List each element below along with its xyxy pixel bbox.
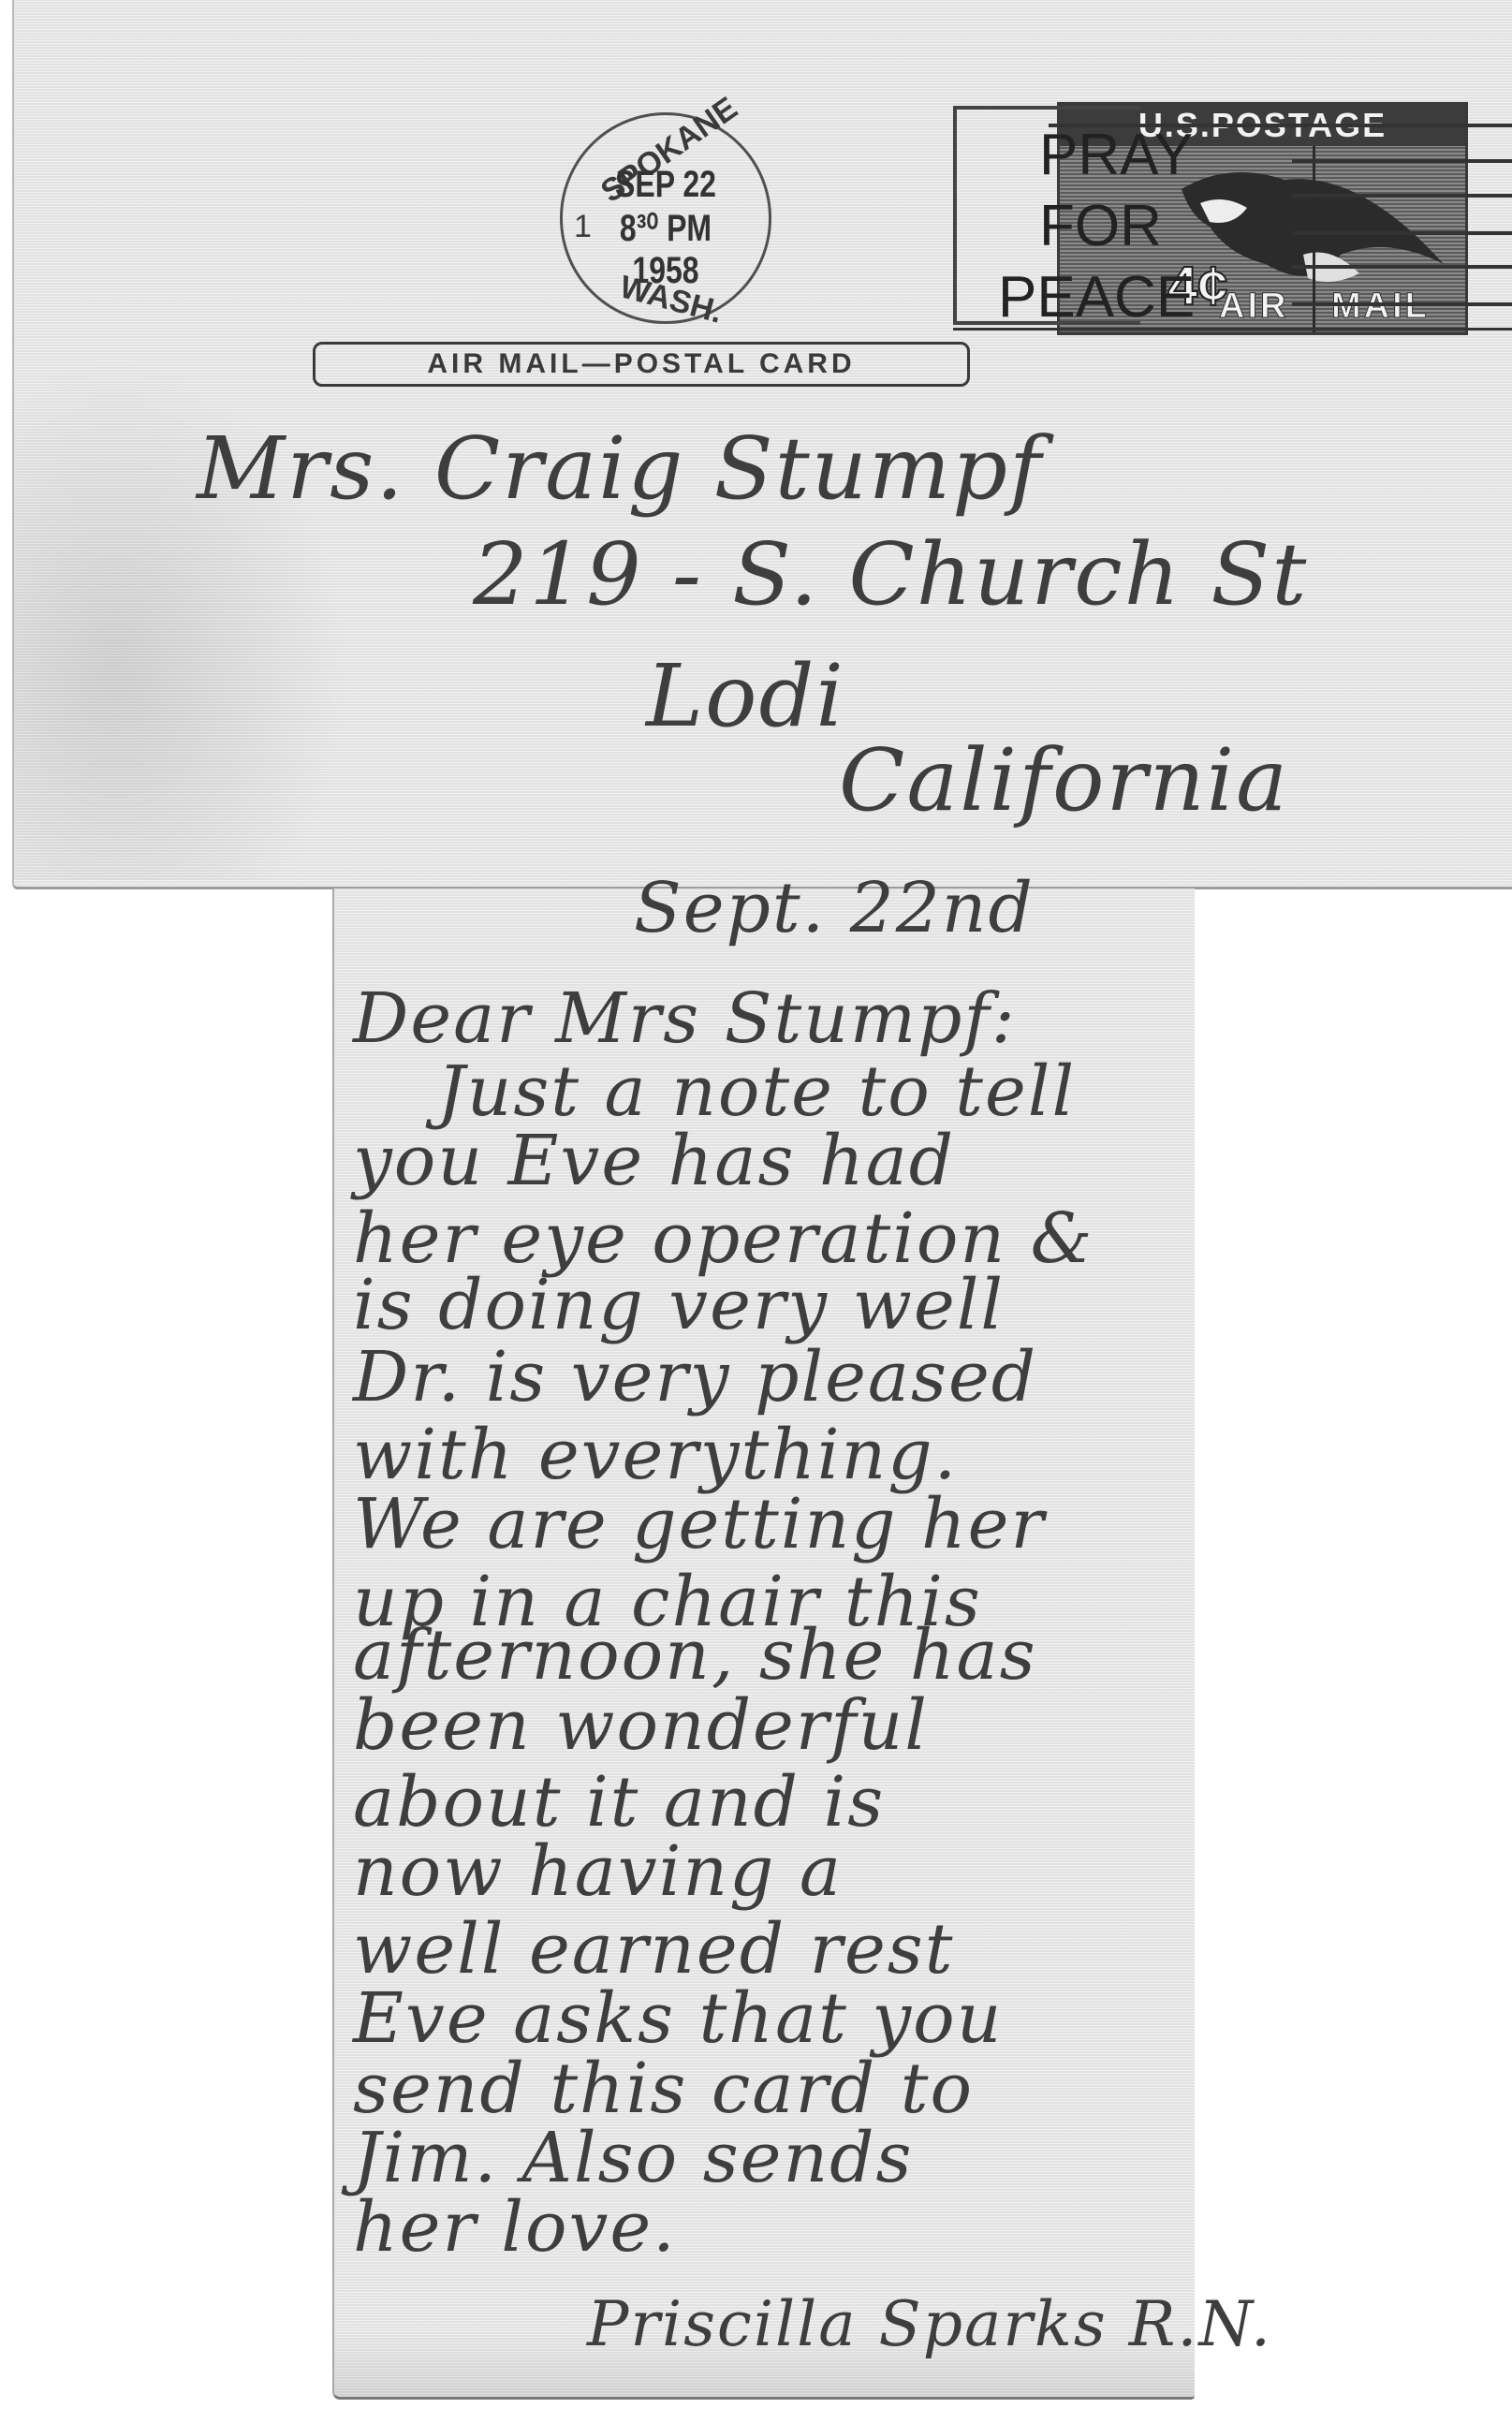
- postmark-date: SEP 22: [583, 164, 748, 206]
- cancel-word: FOR: [1039, 191, 1195, 262]
- letter-line: send this card to: [353, 2054, 974, 2123]
- cancel-word: PEACE: [998, 262, 1195, 333]
- letter-date: Sept. 22nd: [634, 874, 1035, 943]
- cancel-line: [1292, 302, 1512, 306]
- card-type-label: AIR MAIL—POSTAL CARD: [313, 342, 970, 387]
- postmark-time: 8³⁰ PM: [583, 207, 748, 250]
- address-street: 219 - S. Church St: [473, 532, 1308, 618]
- stamp-divider: [1313, 146, 1315, 335]
- cancel-line: [1292, 159, 1512, 163]
- address-city: Lodi: [646, 653, 845, 740]
- letter-signature: Priscilla Sparks R.N.: [587, 2294, 1272, 2356]
- letter-line: about it and is: [353, 1768, 885, 1837]
- letter-line: her eye operation &: [353, 1204, 1094, 1273]
- letter-line: is doing very well: [353, 1270, 1005, 1340]
- letter-line: you Eve has had: [353, 1126, 955, 1196]
- letter-line: with everything.: [353, 1420, 958, 1490]
- letter-line: been wonderful: [353, 1691, 929, 1760]
- cancel-line: [1292, 231, 1512, 235]
- postal-card-back: Sept. 22nd Dear Mrs Stumpf: Just a note …: [332, 888, 1195, 2400]
- letter-line: now having a: [353, 1837, 843, 1906]
- letter-line: Dr. is very pleased: [353, 1343, 1037, 1412]
- letter-line: her love.: [353, 2193, 677, 2262]
- stamp-footer-air: AIR: [1219, 286, 1288, 327]
- letter-line: afternoon, she has: [353, 1621, 1037, 1690]
- cancel-line: [1292, 265, 1512, 269]
- letter-line: well earned rest: [353, 1915, 955, 1984]
- postmark-station: 1: [574, 209, 592, 245]
- address-name: Mrs. Craig Stumpf: [197, 426, 1043, 512]
- postmark: SPOKANE SEP 22 8³⁰ PM 1958 WASH. 1: [560, 112, 771, 324]
- cancel-line: [1049, 124, 1512, 127]
- cancel-slogan: PRAY FOR PEACE: [1039, 120, 1195, 333]
- stamp-footer-mail: MAIL: [1331, 286, 1430, 327]
- address-state: California: [839, 738, 1289, 824]
- cancel-line: [953, 328, 1512, 330]
- letter-line: Just a note to tell: [437, 1057, 1076, 1126]
- letter-line: Jim. Also sends: [353, 2123, 913, 2193]
- letter-line: Eve asks that you: [353, 1984, 1003, 2053]
- letter-line: We are getting her: [353, 1490, 1046, 1559]
- cancel-line: [1292, 194, 1512, 198]
- cancel-word: PRAY: [1039, 120, 1195, 191]
- letter-greeting: Dear Mrs Stumpf:: [353, 984, 1017, 1053]
